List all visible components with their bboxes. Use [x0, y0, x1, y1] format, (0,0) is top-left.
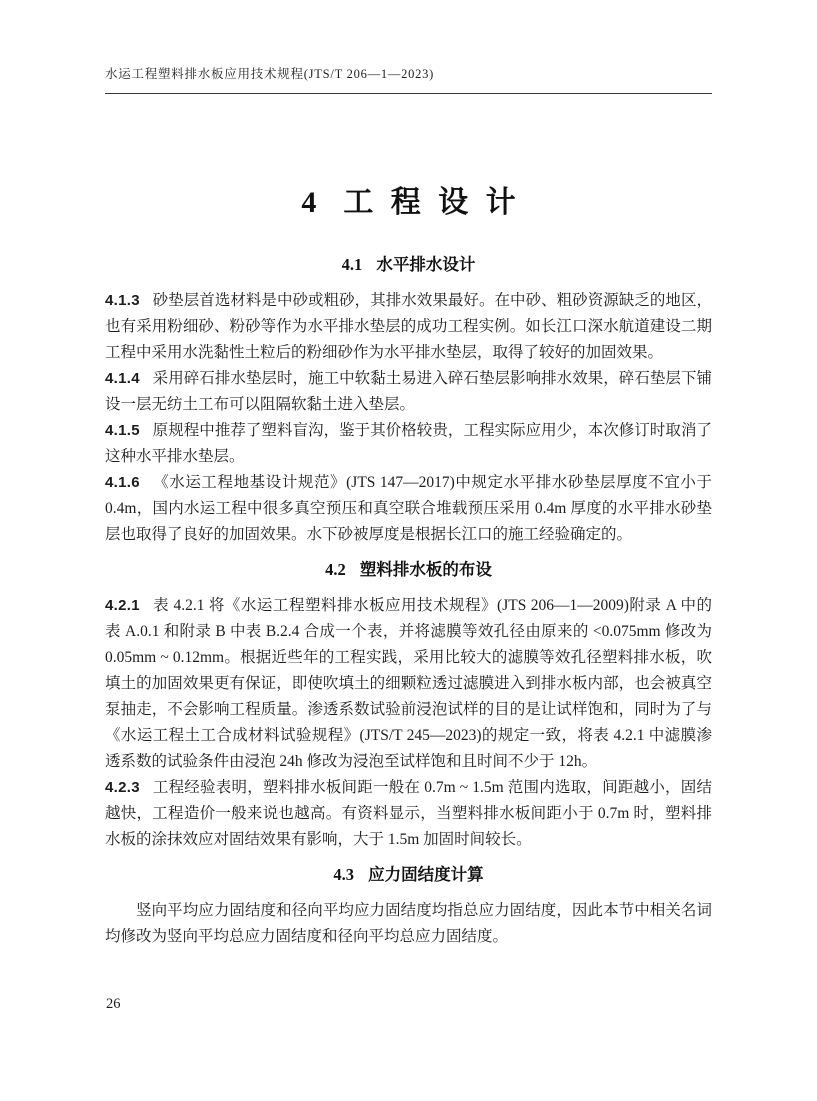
chapter-title-text: 工程设计: [343, 186, 533, 219]
running-header-text: 水运工程塑料排水板应用技术规程(JTS/T 206—1—2023): [105, 67, 434, 81]
document-page: 水运工程塑料排水板应用技术规程(JTS/T 206—1—2023) 4工程设计 …: [0, 0, 817, 1101]
clause-number: 4.2.1: [105, 597, 140, 614]
section-title-text: 应力固结度计算: [368, 865, 484, 884]
clause-number: 4.1.5: [105, 422, 140, 439]
section-number: 4.2: [325, 560, 346, 579]
section-title-text: 塑料排水板的布设: [360, 560, 492, 579]
clause-text: 采用碎石排水垫层时，施工中软黏土易进入碎石垫层影响排水效果，碎石垫层下铺设一层无…: [105, 370, 712, 413]
section-4-3-paragraph: 竖向平均应力固结度和径向平均应力固结度均指总应力固结度，因此本节中相关名词均修改…: [105, 898, 712, 950]
clause-4-1-6: 4.1.6《水运工程地基设计规范》(JTS 147—2017)中规定水平排水砂垫…: [105, 470, 712, 548]
section-heading-4-1: 4.1水平排水设计: [105, 256, 712, 274]
section-heading-4-2: 4.2塑料排水板的布设: [105, 561, 712, 579]
clause-text: 竖向平均应力固结度和径向平均应力固结度均指总应力固结度，因此本节中相关名词均修改…: [105, 902, 712, 945]
chapter-title: 4工程设计: [105, 188, 712, 218]
chapter-number: 4: [301, 186, 316, 219]
clause-4-1-3: 4.1.3砂垫层首选材料是中砂或粗砂，其排水效果最好。在中砂、粗砂资源缺乏的地区…: [105, 288, 712, 366]
clause-text: 工程经验表明，塑料排水板间距一般在 0.7m ~ 1.5m 范围内选取，间距越小…: [105, 779, 712, 848]
clause-4-1-4: 4.1.4采用碎石排水垫层时，施工中软黏土易进入碎石垫层影响排水效果，碎石垫层下…: [105, 366, 712, 418]
clause-text: 原规程中推荐了塑料盲沟，鉴于其价格较贵，工程实际应用少，本次修订时取消了这种水平…: [105, 422, 712, 465]
section-number: 4.3: [333, 865, 354, 884]
clause-4-2-1: 4.2.1表 4.2.1 将《水运工程塑料排水板应用技术规程》(JTS 206—…: [105, 593, 712, 775]
section-title-text: 水平排水设计: [376, 255, 475, 274]
running-header: 水运工程塑料排水板应用技术规程(JTS/T 206—1—2023): [105, 0, 712, 94]
clause-4-2-3: 4.2.3工程经验表明，塑料排水板间距一般在 0.7m ~ 1.5m 范围内选取…: [105, 775, 712, 853]
section-heading-4-3: 4.3应力固结度计算: [105, 866, 712, 884]
clause-number: 4.1.3: [105, 292, 140, 309]
clause-number: 4.1.4: [105, 370, 140, 387]
clause-text: 《水运工程地基设计规范》(JTS 147—2017)中规定水平排水砂垫层厚度不宜…: [105, 474, 712, 543]
clause-4-1-5: 4.1.5原规程中推荐了塑料盲沟，鉴于其价格较贵，工程实际应用少，本次修订时取消…: [105, 418, 712, 470]
clause-number: 4.1.6: [105, 474, 140, 491]
clause-text: 砂垫层首选材料是中砂或粗砂，其排水效果最好。在中砂、粗砂资源缺乏的地区，也有采用…: [105, 292, 712, 361]
section-number: 4.1: [342, 255, 363, 274]
clause-text: 表 4.2.1 将《水运工程塑料排水板应用技术规程》(JTS 206—1—200…: [105, 597, 712, 770]
page-number: 26: [106, 996, 121, 1013]
clause-number: 4.2.3: [105, 779, 140, 796]
